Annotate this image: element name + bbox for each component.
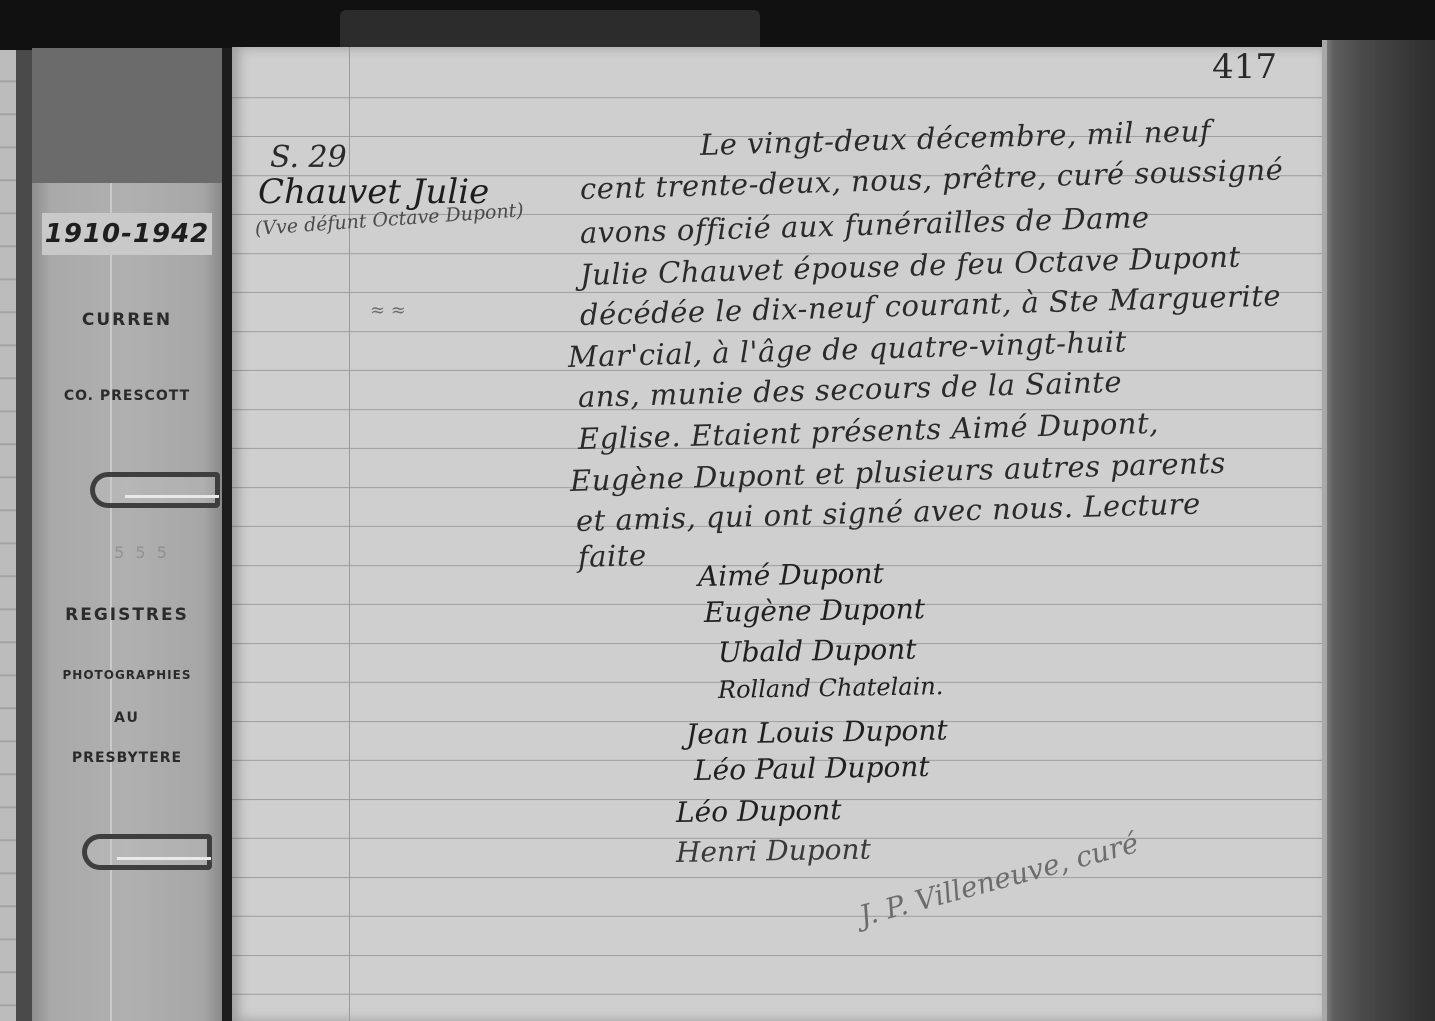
spine-years-label: 1910-1942	[42, 213, 212, 255]
signature-8: Henri Dupont	[676, 833, 871, 869]
scanned-register-image: 1910-1942 CURREN CO. PRESCOTT 5 5 5 REGI…	[0, 0, 1435, 1021]
signature-5: Jean Louis Dupont	[686, 713, 948, 751]
entry-number: S. 29	[270, 140, 347, 175]
spine-top-band	[32, 48, 222, 183]
spine-parish-label: CURREN	[32, 310, 222, 330]
spine-subtitle-line2: AU	[32, 710, 222, 726]
body-line-11: faite	[578, 538, 648, 574]
signature-2: Eugène Dupont	[704, 592, 926, 629]
binder-clip-upper	[90, 472, 220, 508]
spine-subtitle-line3: PRESBYTERE	[32, 750, 222, 766]
signature-4: Rolland Chatelain.	[718, 672, 944, 704]
spine-county-label: CO. PRESCOTT	[32, 388, 222, 404]
spine-title-label: REGISTRES	[32, 605, 222, 625]
spine-subtitle-line1: PHOTOGRAPHIES	[32, 668, 222, 682]
spine-faint-reference: 5 5 5	[82, 543, 202, 562]
signature-1: Aimé Dupont	[698, 557, 884, 593]
signature-3: Ubald Dupont	[718, 633, 917, 669]
signature-6: Léo Paul Dupont	[694, 750, 930, 787]
binder-clip-lower	[82, 834, 212, 870]
stray-mark: ≈ ≈	[370, 300, 406, 321]
previous-page-edge	[0, 50, 16, 1021]
page-stack-edge	[1322, 40, 1435, 1021]
page-number: 417	[1212, 47, 1277, 87]
binder-spine: 1910-1942 CURREN CO. PRESCOTT 5 5 5 REGI…	[32, 48, 222, 1021]
signature-7: Léo Dupont	[676, 793, 842, 829]
